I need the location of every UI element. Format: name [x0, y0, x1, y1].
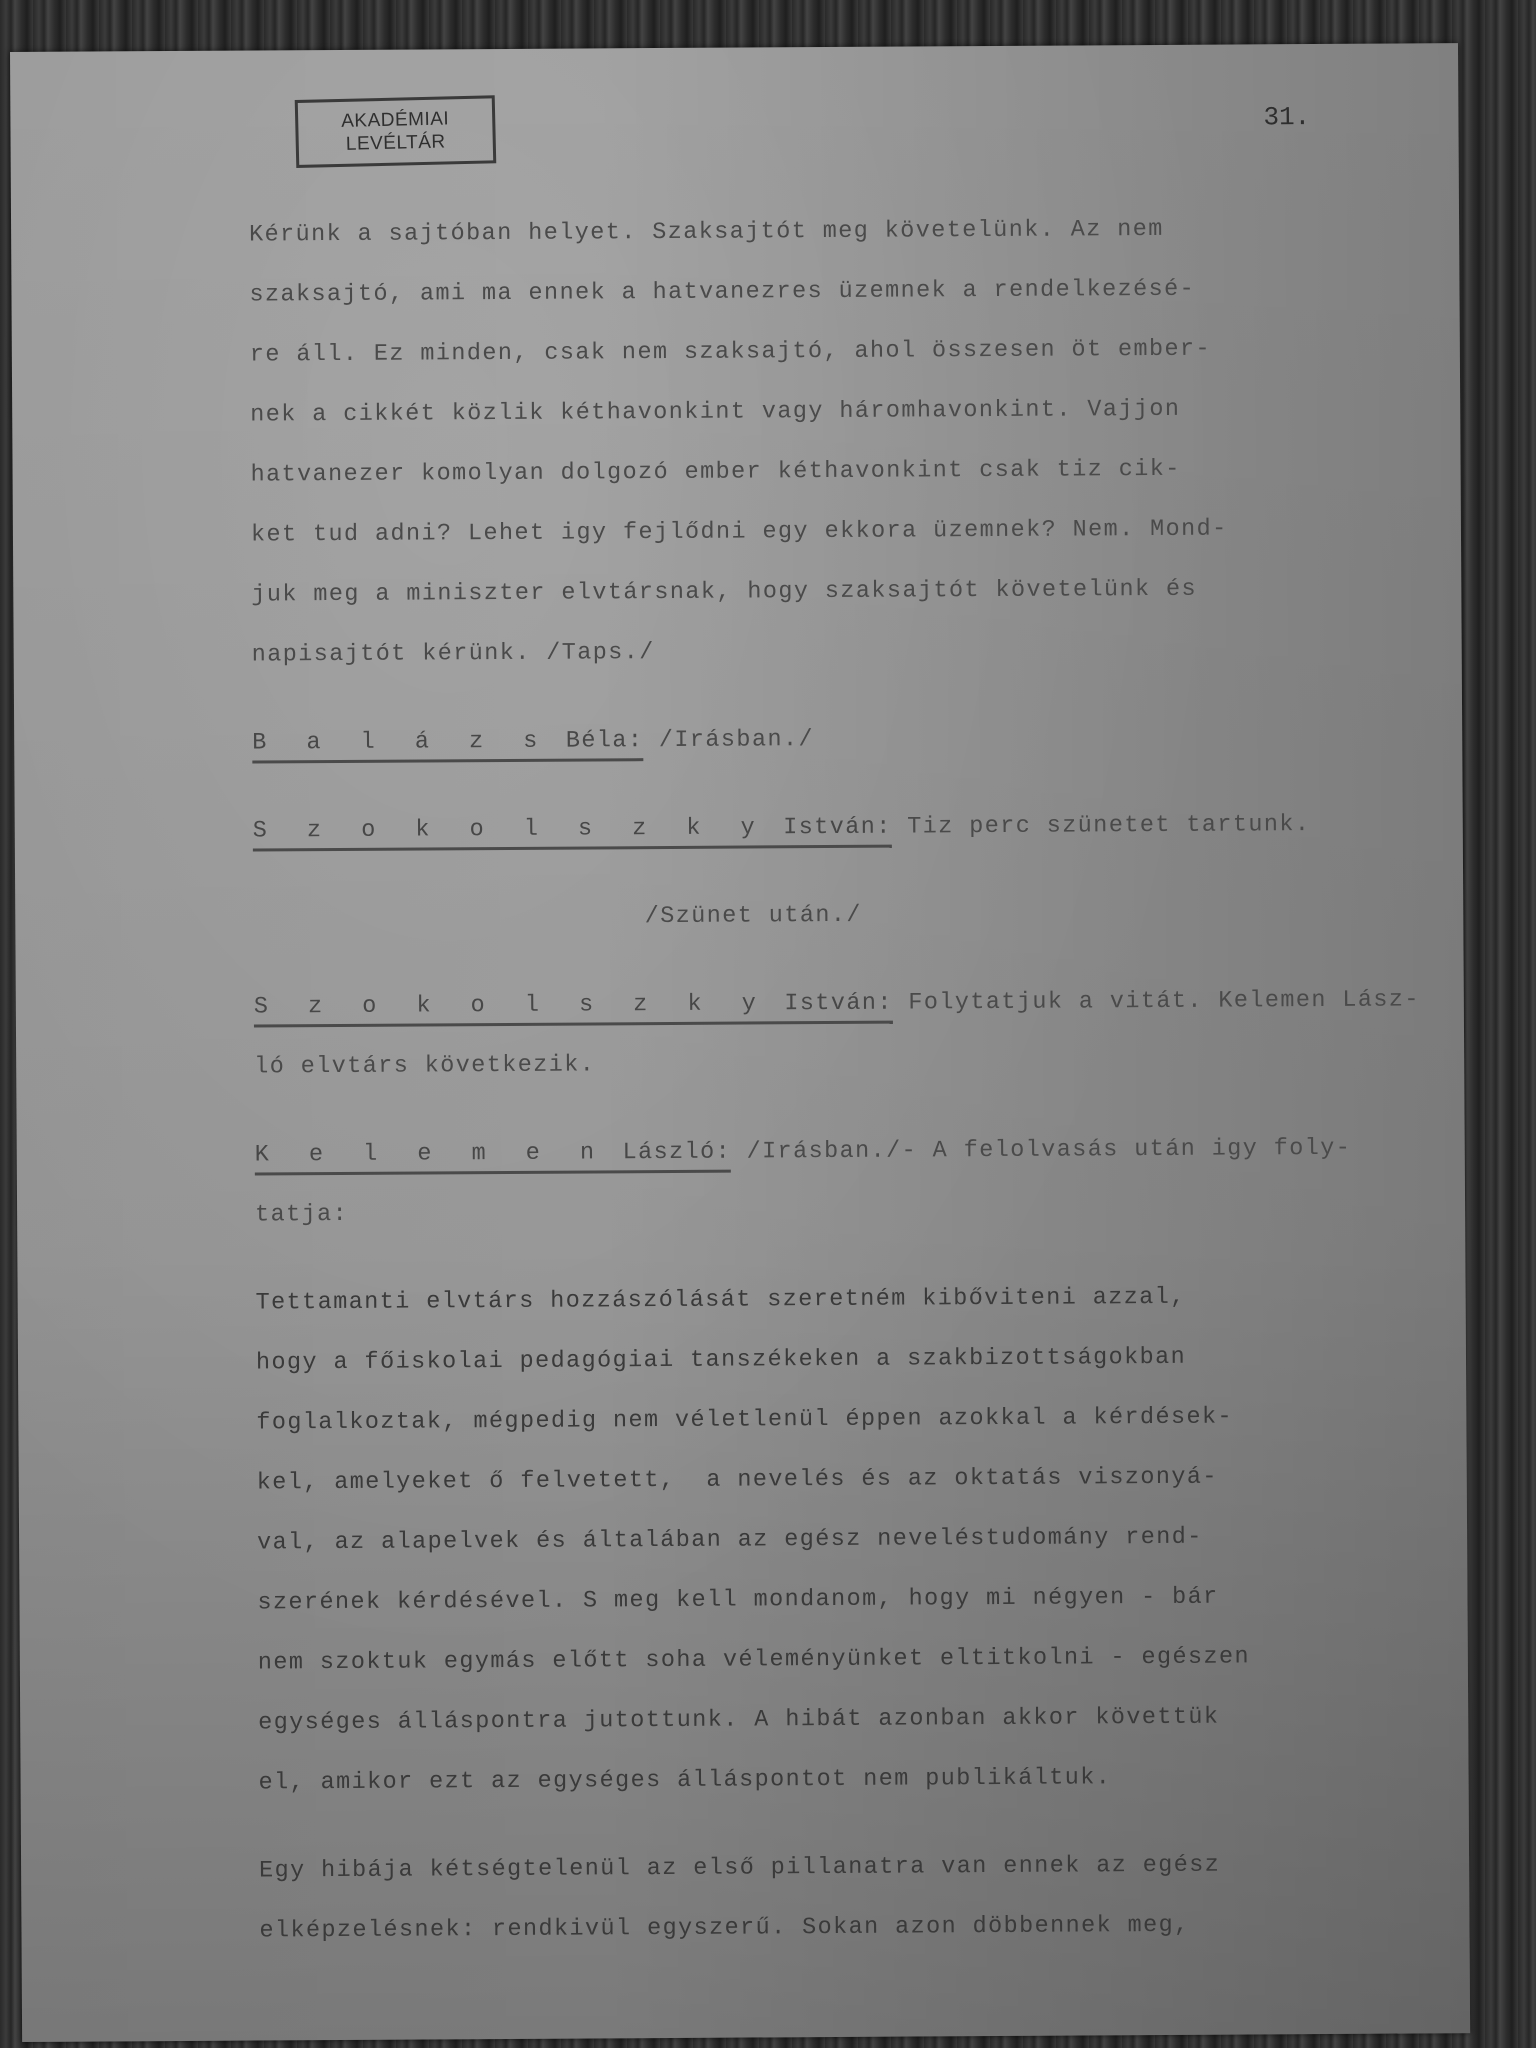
stamp-line-2: LEVÉLTÁR	[346, 130, 446, 155]
archive-stamp: AKADÉMIAI LEVÉLTÁR	[295, 95, 497, 168]
text-line: Tettamanti elvtárs hozzászólását szeretn…	[255, 1266, 1435, 1333]
text-line: nem szoktuk egymás előtt soha véleményün…	[258, 1626, 1438, 1693]
entry-text: Tiz perc szünetet tartunk.	[892, 811, 1311, 841]
page-number: 31.	[1263, 102, 1310, 132]
speaker-entry: S z o k o l s z k y István: Tiz perc szü…	[253, 794, 1433, 861]
text-line: hogy a főiskolai pedagógiai tanszékeken …	[256, 1326, 1436, 1393]
text-line: ket tud adni? Lehet igy fejlődni egy ekk…	[251, 498, 1431, 565]
speaker-entry: K e l e m e n László: /Irásban./- A felo…	[255, 1118, 1435, 1185]
text-line: napisajtót kérünk. /Taps./	[252, 618, 1432, 685]
document-body: Kérünk a sajtóban helyet. Szaksajtót meg…	[249, 198, 1440, 1961]
text-line: re áll. Ez minden, csak nem szaksajtó, a…	[250, 318, 1430, 385]
entry-text: /Irásban./	[643, 726, 814, 754]
stamp-line-1: AKADÉMIAI	[341, 107, 449, 133]
text-line: elképzelésnek: rendkivül egyszerű. Sokan…	[259, 1894, 1439, 1961]
text-line: Kérünk a sajtóban helyet. Szaksajtót meg…	[249, 198, 1429, 265]
break-note: /Szünet után./	[253, 882, 1433, 949]
text-line: ló elvtárs következik.	[254, 1030, 1434, 1097]
speaker-entry: B a l á z s Béla: /Irásban./	[252, 706, 1432, 773]
text-line: foglalkoztak, mégpedig nem véletlenül ép…	[256, 1386, 1436, 1453]
text-line: szerének kérdésével. S meg kell mondanom…	[257, 1566, 1437, 1633]
text-line: szaksajtó, ami ma ennek a hatvanezres üz…	[249, 258, 1429, 325]
text-line: el, amikor ezt az egységes álláspontot n…	[258, 1746, 1438, 1813]
text-line: Egy hibája kétségtelenül az első pillana…	[259, 1834, 1439, 1901]
speaker-name: S z o k o l s z k y István:	[253, 814, 892, 852]
text-line: hatvanezer komolyan dolgozó ember kéthav…	[250, 438, 1430, 505]
text-line: tatja:	[255, 1178, 1435, 1245]
entry-text: Folytatjuk a vitát. Kelemen Lász-	[893, 986, 1420, 1016]
text-line: val, az alapelvek és általában az egész …	[257, 1506, 1437, 1573]
text-line: kel, amelyeket ő felvetett, a nevelés és…	[257, 1446, 1437, 1513]
text-line: egységes álláspontra jutottunk. A hibát …	[258, 1686, 1438, 1753]
speaker-entry: S z o k o l s z k y István: Folytatjuk a…	[254, 970, 1434, 1037]
text-line: juk meg a miniszter elvtársnak, hogy sza…	[251, 558, 1431, 625]
entry-text: /Irásban./- A felolvasás után igy foly-	[731, 1135, 1351, 1166]
paragraph-1: Kérünk a sajtóban helyet. Szaksajtót meg…	[249, 198, 1432, 685]
speaker-name: B a l á z s Béla:	[252, 727, 643, 763]
speaker-name: S z o k o l s z k y István:	[254, 990, 893, 1028]
paragraph-2: Tettamanti elvtárs hozzászólását szeretn…	[255, 1266, 1438, 1813]
text-line: nek a cikkét közlik kéthavonkint vagy há…	[250, 378, 1430, 445]
paragraph-3: Egy hibája kétségtelenül az első pillana…	[259, 1834, 1440, 1961]
speaker-name: K e l e m e n László:	[255, 1139, 732, 1176]
typewritten-page: AKADÉMIAI LEVÉLTÁR 31. Kérünk a sajtóban…	[10, 43, 1470, 2042]
